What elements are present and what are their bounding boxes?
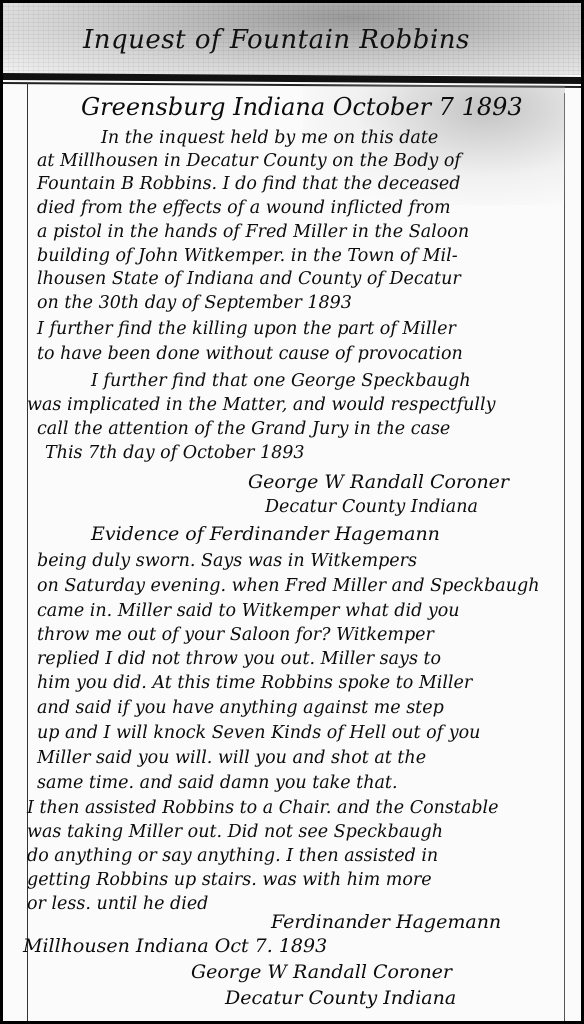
witness-signature: Ferdinander Hagemann bbox=[271, 913, 501, 932]
evidence-line: came in. Miller said to Witkemper what d… bbox=[37, 603, 460, 621]
document-page: Inquest of Fountain Robbins Greensburg I… bbox=[3, 3, 581, 1021]
dateline: Greensburg Indiana October 7 1893 bbox=[81, 95, 523, 119]
evidence-line: getting Robbins up stairs. was with him … bbox=[27, 872, 432, 890]
finding-line: I further find the killing upon the part… bbox=[37, 321, 456, 339]
finding-line: building of John Witkemper. in the Town … bbox=[37, 248, 458, 266]
finding-line: a pistol in the hands of Fred Miller in … bbox=[37, 224, 469, 242]
evidence-line: him you did. At this time Robbins spoke … bbox=[37, 675, 472, 693]
finding-line: lhousen State of Indiana and County of D… bbox=[37, 271, 461, 289]
finding-line: died from the effects of a wound inflict… bbox=[37, 200, 451, 218]
evidence-line: do anything or say anything. I then assi… bbox=[27, 848, 438, 866]
finding-line: at Millhousen in Decatur County on the B… bbox=[37, 153, 461, 171]
coroner-signature-county: Decatur County Indiana bbox=[225, 989, 456, 1008]
finding-line: I further find that one George Speckbaug… bbox=[91, 373, 471, 391]
evidence-line: I then assisted Robbins to a Chair. and … bbox=[27, 800, 499, 818]
coroner-signature-name: George W Randall Coroner bbox=[248, 473, 509, 492]
coroner-signature-county: Decatur County Indiana bbox=[265, 499, 478, 517]
finding-line: In the inquest held by me on this date bbox=[101, 130, 438, 148]
evidence-line: Miller said you will. will you and shot … bbox=[37, 750, 426, 768]
document-title: Inquest of Fountain Robbins bbox=[83, 25, 523, 55]
evidence-line: being duly sworn. Says was in Witkempers bbox=[37, 553, 417, 571]
evidence-line: throw me out of your Saloon for? Witkemp… bbox=[37, 627, 434, 645]
coroner-signature-name: George W Randall Coroner bbox=[191, 963, 452, 982]
evidence-line: on Saturday evening. when Fred Miller an… bbox=[37, 578, 539, 596]
evidence-line: replied I did not throw you out. Miller … bbox=[37, 651, 441, 669]
evidence-line: up and I will knock Seven Kinds of Hell … bbox=[37, 725, 480, 743]
evidence-line: or less. until he died bbox=[27, 896, 208, 914]
evidence-line: and said if you have anything against me… bbox=[37, 700, 444, 718]
finding-line: This 7th day of October 1893 bbox=[45, 445, 304, 463]
right-margin-line bbox=[564, 93, 565, 1021]
finding-line: to have been done without cause of provo… bbox=[37, 346, 463, 364]
finding-line: on the 30th day of September 1893 bbox=[37, 295, 352, 313]
finding-line: Fountain B Robbins. I do find that the d… bbox=[37, 176, 460, 194]
evidence-line: was taking Miller out. Did not see Speck… bbox=[27, 824, 443, 842]
finding-line: was implicated in the Matter, and would … bbox=[27, 397, 495, 415]
closing-dateline: Millhousen Indiana Oct 7. 1893 bbox=[23, 937, 327, 956]
evidence-line: same time. and said damn you take that. bbox=[37, 775, 398, 793]
evidence-line: Evidence of Ferdinander Hagemann bbox=[91, 525, 440, 544]
finding-line: call the attention of the Grand Jury in … bbox=[37, 421, 450, 439]
